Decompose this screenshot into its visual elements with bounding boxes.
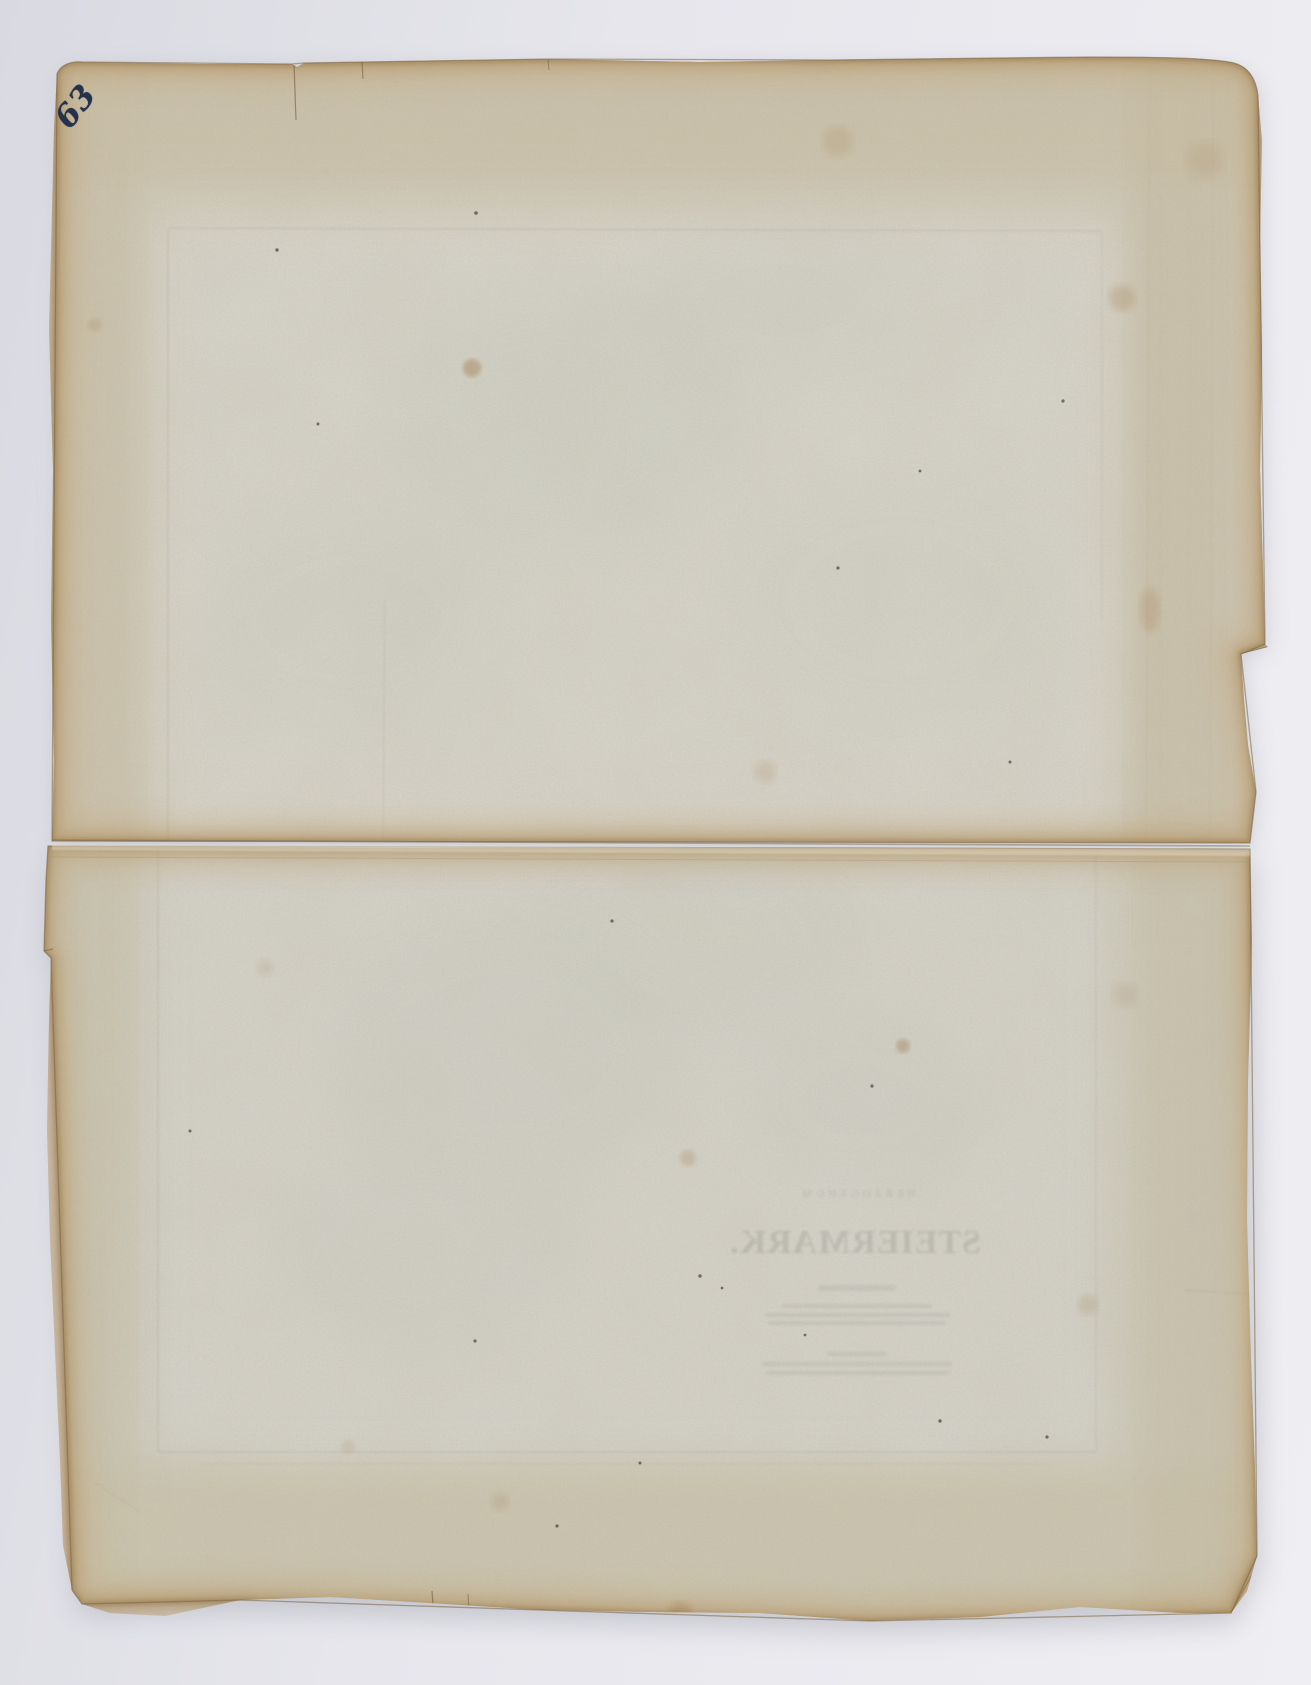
paper-bottom-half <box>40 840 1280 1640</box>
paper-artwork <box>0 0 1311 1685</box>
ghost-text-line <box>768 1321 946 1325</box>
ghost-title-block: HERZOGTHUM STEIERMARK. <box>733 1182 981 1387</box>
ghost-title: STEIERMARK. <box>733 1224 981 1262</box>
ghost-text-line <box>766 1371 948 1375</box>
ghost-text-line <box>827 1352 887 1356</box>
ghost-text-line <box>818 1285 896 1291</box>
ghost-text-line <box>782 1304 932 1308</box>
ghost-text-line <box>765 1313 950 1317</box>
photo-of-map-sheet-back: 63 HERZOGTHUM STEIERMARK. <box>0 0 1311 1685</box>
paper-top-half <box>40 50 1280 855</box>
ghost-heading: HERZOGTHUM <box>733 1188 981 1200</box>
ghost-text-line <box>762 1362 952 1366</box>
